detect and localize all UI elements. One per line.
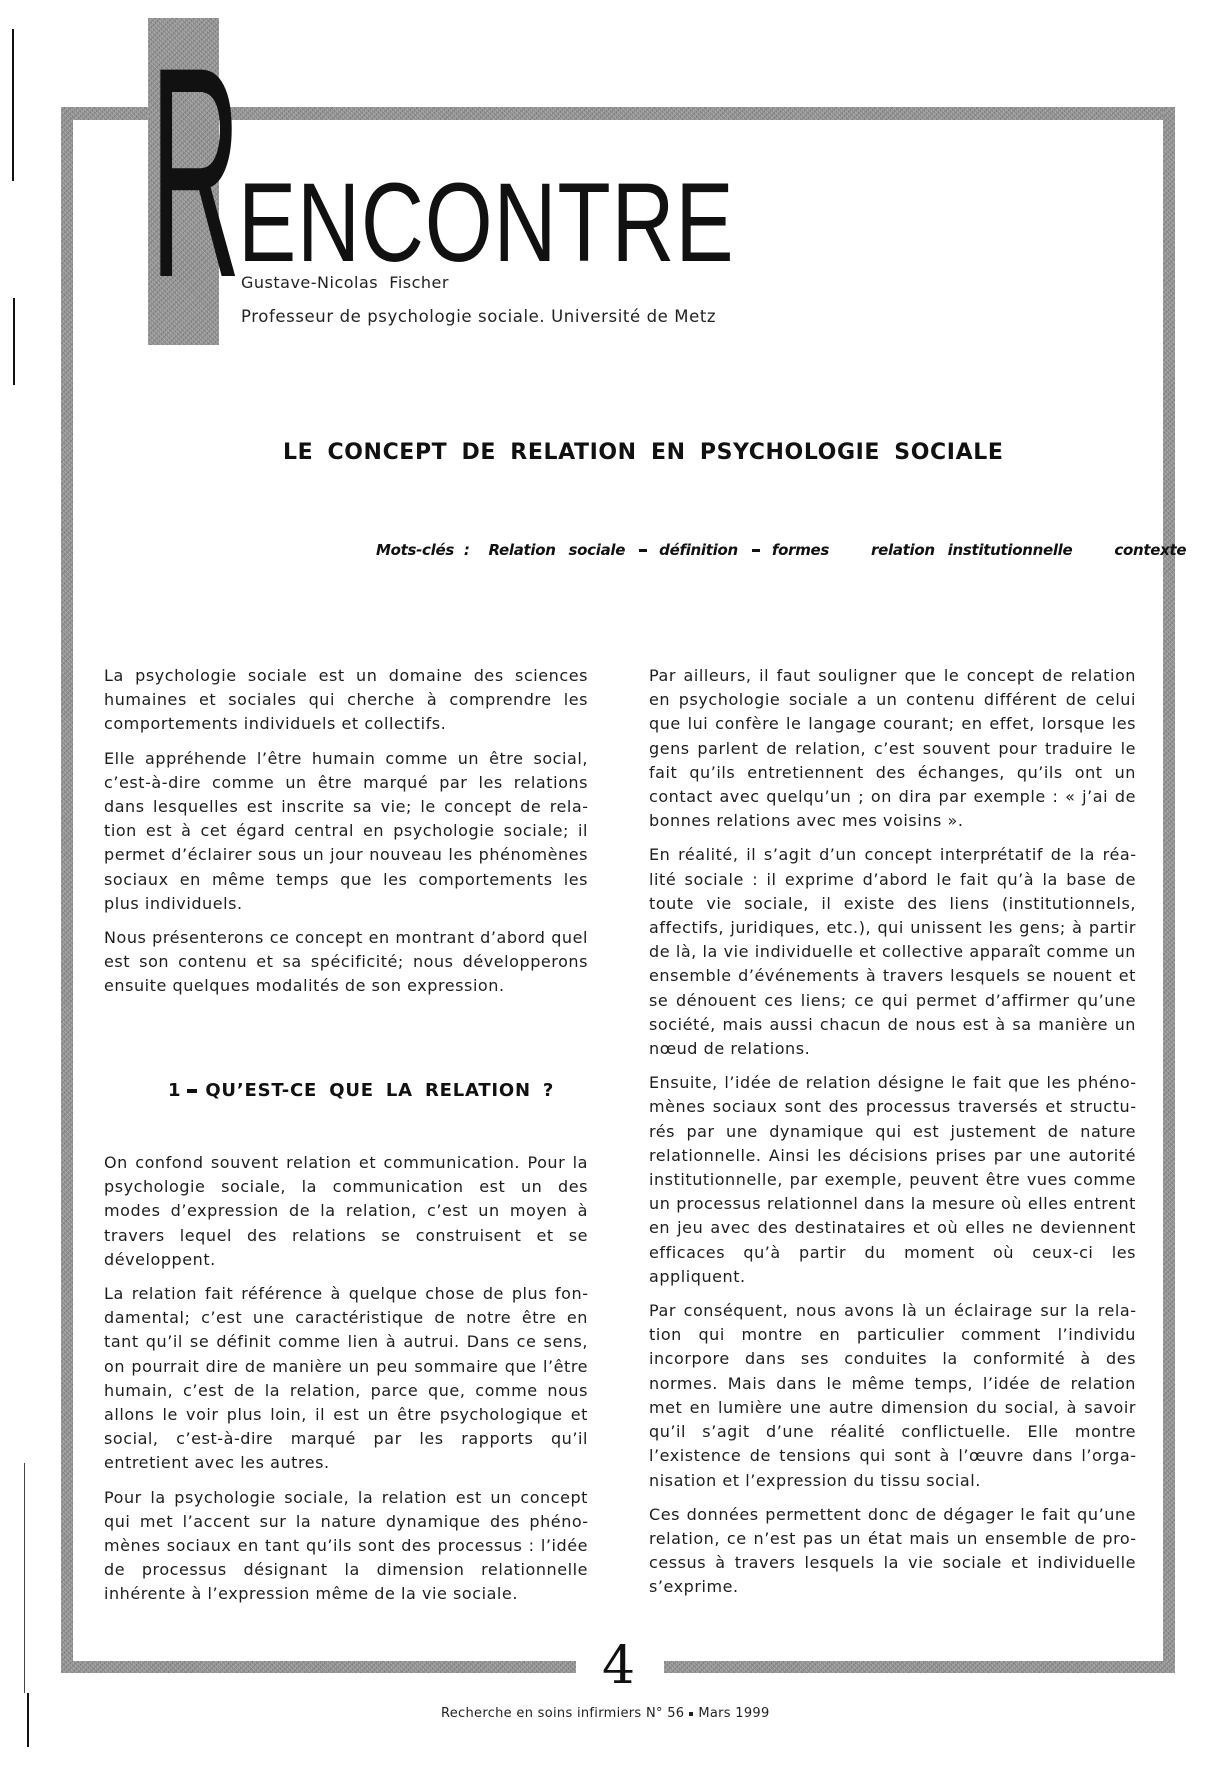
frame-border-left [61,107,73,1673]
body-paragraph: Par ailleurs, il faut souligner que le c… [649,664,1136,833]
frame-border-right [1163,107,1175,1673]
section-dash [187,1089,197,1093]
keyword: contexte [1114,541,1186,559]
author-name: Gustave-Nicolas Fischer [241,273,449,292]
keyword-separator [639,549,647,552]
footer-citation: Recherche en soins infirmiers N° 56Mars … [441,1706,770,1721]
section-heading-text: QU’EST-CE QUE LA RELATION [205,1080,531,1101]
page-number: 4 [602,1640,635,1692]
margin-mark-top-2 [13,298,15,385]
rubric-title: ENCONTRE [238,168,734,278]
keywords-line: Mots-clés : Relation socialedéfinitionfo… [376,541,1200,559]
issue-date: Mars 1999 [698,1706,769,1721]
keyword: définition [659,541,738,559]
rubric-initial-letter: R [150,42,179,302]
body-paragraph: Ensuite, l’idée de relation désigne le f… [649,1071,1136,1289]
author-affiliation: Professeur de psychologie sociale. Unive… [241,307,716,326]
body-paragraph: En réalité, il s’agit d’un concept inter… [649,843,1136,1061]
footer-bullet [689,1712,693,1716]
section-number: 1 [168,1080,181,1101]
keyword: relation institutionnelle [871,541,1072,559]
section-question-mark: ? [543,1080,554,1101]
body-paragraph: Pour la psychologie sociale, la relation… [104,1486,588,1607]
margin-mark-top-1 [12,29,14,181]
margin-mark-bottom-thin [24,1463,25,1693]
keyword-separator [752,549,760,552]
margin-mark-bottom-thick [27,1693,29,1747]
body-paragraph: Par conséquent, nous avons là un éclaira… [649,1299,1136,1493]
journal-name: Recherche en soins infirmiers [441,1706,642,1721]
intro-paragraph: Elle appréhende l’être humain comme un ê… [104,747,588,916]
frame-border-bottom-right [664,1661,1175,1673]
intro-paragraph: La psychologie sociale est un domaine de… [104,664,588,737]
issue-number: N° 56 [646,1706,684,1721]
keywords-label: Mots-clés : [376,541,470,559]
keyword: formes [772,541,829,559]
intro-column: La psychologie sociale est un domaine de… [104,664,588,1009]
body-paragraph: On confond souvent relation et communica… [104,1151,588,1272]
article-title: LE CONCEPT DE RELATION EN PSYCHOLOGIE SO… [283,440,1003,465]
body-paragraph: La relation fait référence à quelque cho… [104,1282,588,1476]
body-paragraph: Ces données permettent donc de dégager l… [649,1503,1136,1600]
frame-border-bottom-left [61,1661,576,1673]
keyword: Relation sociale [488,541,625,559]
right-column: Par ailleurs, il faut souligner que le c… [649,664,1136,1610]
section-heading: 1QU’EST-CE QUE LA RELATION? [168,1080,554,1101]
intro-paragraph: Nous présenterons ce concept en montrant… [104,926,588,999]
section1-left-column: On confond souvent relation et communica… [104,1151,588,1617]
